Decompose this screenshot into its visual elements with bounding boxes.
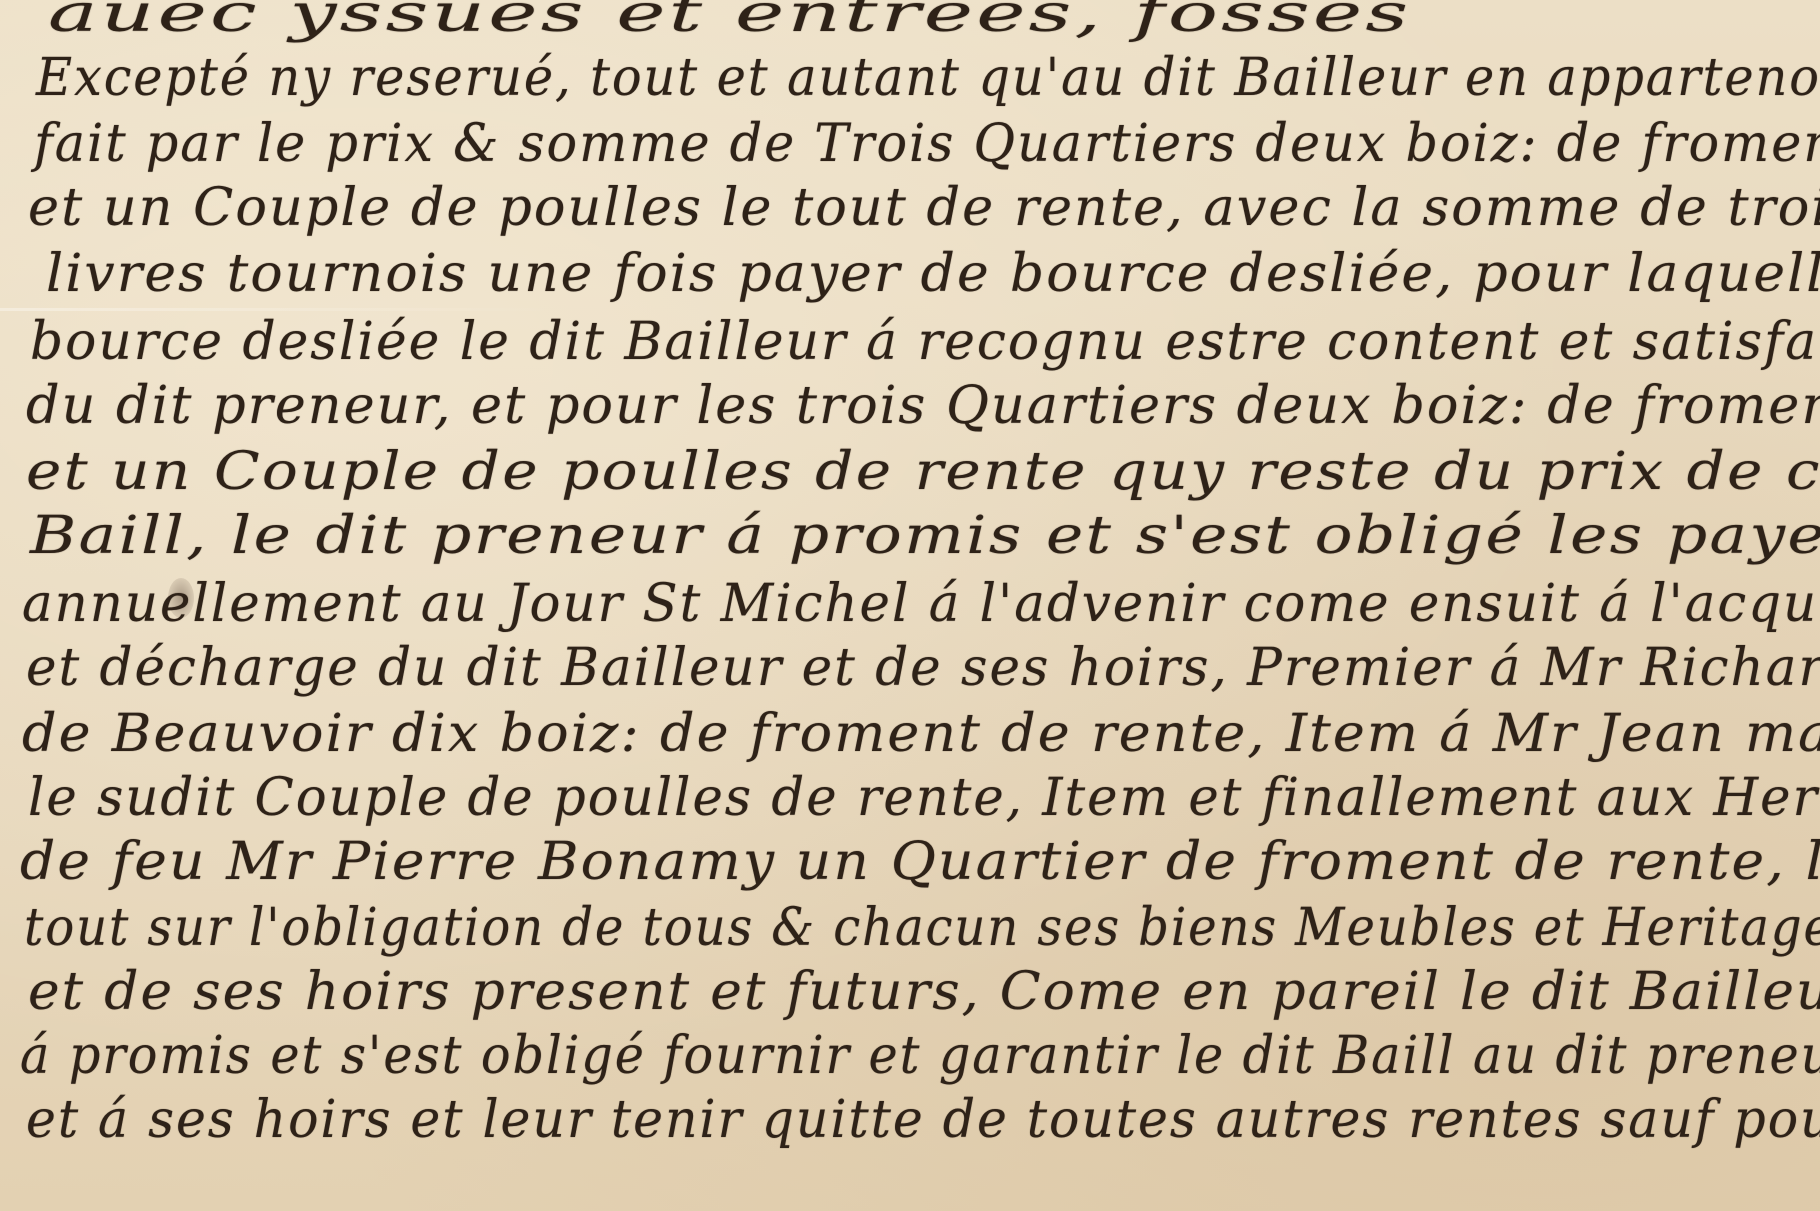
manuscript-line: fait par le prix & somme de Trois Quarti… [34,118,1820,170]
manuscript-line: de Beauvoir dix boiz: de froment de rent… [22,708,1820,760]
manuscript-line: et décharge du dit Bailleur et de ses ho… [26,642,1820,694]
manuscript-line: Excepté ny reserué, tout et autant qu'au… [36,52,1820,104]
manuscript-line: et á ses hoirs et leur tenir quitte de t… [26,1094,1820,1146]
manuscript-line: et de ses hoirs present et futurs, Come … [28,966,1820,1018]
manuscript-line: du dit preneur, et pour les trois Quarti… [26,380,1820,432]
manuscript-line: Baill, le dit preneur á promis et s'est … [30,510,1820,562]
manuscript-page: auec yssues et entrées, fossés Excepté n… [0,0,1820,1211]
manuscript-line: et un Couple de poulles le tout de rente… [28,182,1820,234]
manuscript-line: de feu Mr Pierre Bonamy un Quartier de f… [20,836,1820,888]
handwritten-text-block: auec yssues et entrées, fossés Excepté n… [0,0,1820,1211]
manuscript-line: et un Couple de poulles de rente quy res… [26,446,1820,498]
manuscript-line: auec yssues et entrées, fossés [48,0,1411,40]
manuscript-line: á promis et s'est obligé fournir et gara… [20,1030,1820,1082]
manuscript-line: bource desliée le dit Bailleur á recognu… [30,316,1820,368]
manuscript-line: annuellement au Jour St Michel á l'adven… [22,578,1820,630]
manuscript-line: livres tournois une fois payer de bource… [46,248,1820,300]
manuscript-line: le sudit Couple de poulles de rente, Ite… [28,772,1820,824]
manuscript-line: tout sur l'obligation de tous & chacun s… [24,902,1820,954]
